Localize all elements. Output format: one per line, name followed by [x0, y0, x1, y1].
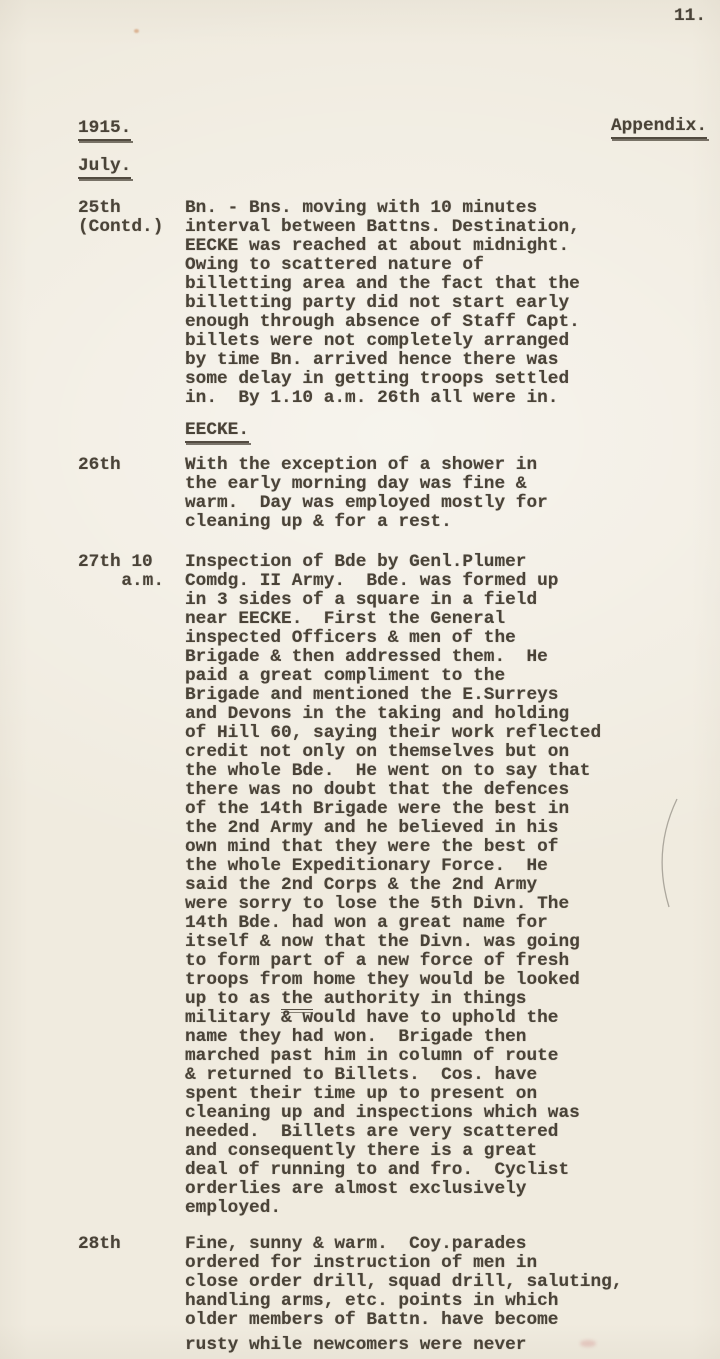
stain-mark: [134, 29, 139, 33]
entry-date-line: 28th: [78, 1235, 185, 1254]
entry-body: Inspection of Bde by Genl.PlumerComdg. I…: [185, 553, 601, 1218]
entry-text-line: needed. Billets are very scattered: [185, 1123, 601, 1142]
entry-body: Bn. - Bns. moving with 10 minutesinterva…: [185, 199, 580, 408]
entry-text-line: billets were not completely arranged: [185, 332, 580, 351]
entry-date: 27th 10a.m.: [78, 553, 185, 1218]
entry-text-line: deal of running to and fro. Cyclist: [185, 1161, 601, 1180]
entry-text-line: billetting area and the fact that the: [185, 275, 580, 294]
entry-text-line: marched past him in column of route: [185, 1047, 601, 1066]
entry-text-line: cleaning up & for a rest.: [185, 513, 548, 532]
entry-text-line: said the 2nd Corps & the 2nd Army: [185, 876, 601, 895]
entry-text-line: Brigade and mentioned the E.Surreys: [185, 686, 601, 705]
entry-text-line: Inspection of Bde by Genl.Plumer: [185, 553, 601, 572]
entry-text-line: & returned to Billets. Cos. have: [185, 1066, 601, 1085]
entry-text-line: the whole Bde. He went on to say that: [185, 762, 601, 781]
entry-text-line: the whole Expeditionary Force. He: [185, 857, 601, 876]
entry-text-line: in. By 1.10 a.m. 26th all were in.: [185, 389, 580, 408]
entry-text-line: inspected Officers & men of the: [185, 629, 601, 648]
entry-text-line: the early morning day was fine &: [185, 475, 548, 494]
entry-text-line: and Devons in the taking and holding: [185, 705, 601, 724]
entry-text-line: spent their time up to present on: [185, 1085, 601, 1104]
year-heading: 1915.: [78, 119, 131, 138]
entry-text-line: credit not only on themselves but on: [185, 743, 601, 762]
entry-text-line: some delay in getting troops settled: [185, 370, 580, 389]
entry-text-line: interval between Battns. Destination,: [185, 218, 580, 237]
diary-entry: 27th 10a.m.Inspection of Bde by Genl.Plu…: [78, 553, 601, 1218]
text-segment: authority in things: [313, 989, 526, 1009]
document-page: 11. 1915. Appendix. July. 25th(Contd.)Bn…: [0, 0, 720, 1359]
entry-date-line: 26th: [78, 456, 185, 475]
underlined-word: the: [281, 990, 313, 1010]
page-number: 11.: [674, 7, 706, 26]
appendix-heading: Appendix.: [611, 117, 707, 136]
stain-mark: [580, 1340, 596, 1347]
entry-date: 28th: [78, 1235, 185, 1355]
entry-text-line: billetting party did not start early: [185, 294, 580, 313]
entry-text-line: older members of Battn. have become: [185, 1311, 623, 1330]
entry-text-line: troops from home they would be looked: [185, 971, 601, 990]
entry-body: With the exception of a shower inthe ear…: [185, 456, 548, 532]
entry-text-line: rusty while newcomers were never: [185, 1336, 623, 1355]
entry-text-line: cleaning up and inspections which was: [185, 1104, 601, 1123]
appendix-heading-text: Appendix.: [611, 117, 707, 139]
month-heading: July.: [78, 157, 131, 176]
place-heading-text: EECKE.: [185, 421, 249, 443]
entry-text-line: own mind that they were the best of: [185, 838, 601, 857]
entry-text-line: 14th Bde. had won a great name for: [185, 914, 601, 933]
entry-text-line: near EECKE. First the General: [185, 610, 601, 629]
entry-text-line: close order drill, squad drill, saluting…: [185, 1273, 623, 1292]
entry-text-line: there was no doubt that the defences: [185, 781, 601, 800]
scan-hair-artifact: [648, 793, 688, 923]
entry-date: 26th: [78, 456, 185, 532]
entry-text-line: warm. Day was employed mostly for: [185, 494, 548, 513]
entry-text-line: ordered for instruction of men in: [185, 1254, 623, 1273]
entry-text-line: Fine, sunny & warm. Coy.parades: [185, 1235, 623, 1254]
entry-text-line: paid a great compliment to the: [185, 667, 601, 686]
entry-date-line: 27th 10: [78, 553, 185, 572]
entry-text-line: Owing to scattered nature of: [185, 256, 580, 275]
entry-text-line: the 2nd Army and he believed in his: [185, 819, 601, 838]
entry-text-line: Brigade & then addressed them. He: [185, 648, 601, 667]
entry-text-line: name they had won. Brigade then: [185, 1028, 601, 1047]
entry-text-line: military & would have to uphold the: [185, 1009, 601, 1028]
entry-text-line: and consequently there is a great: [185, 1142, 601, 1161]
entry-text-line: enough through absence of Staff Capt.: [185, 313, 580, 332]
entry-text-line: to form part of a new force of fresh: [185, 952, 601, 971]
entry-text-line: orderlies are almost exclusively: [185, 1180, 601, 1199]
entry-body: Fine, sunny & warm. Coy.paradesordered f…: [185, 1235, 623, 1355]
entry-text-line: of Hill 60, saying their work reflected: [185, 724, 601, 743]
entry-text-line: With the exception of a shower in: [185, 456, 548, 475]
entry-text-line: itself & now that the Divn. was going: [185, 933, 601, 952]
entry-text-line: up to as the authority in things: [185, 990, 601, 1009]
diary-entry: 28thFine, sunny & warm. Coy.paradesorder…: [78, 1235, 623, 1355]
entry-text-line: employed.: [185, 1199, 601, 1218]
month-heading-text: July.: [78, 157, 131, 179]
place-heading: EECKE.: [185, 421, 249, 443]
entry-text-line: were sorry to lose the 5th Divn. The: [185, 895, 601, 914]
entry-text-line: in 3 sides of a square in a field: [185, 591, 601, 610]
entry-text-line: of the 14th Brigade were the best in: [185, 800, 601, 819]
entry-text-line: EECKE was reached at about midnight.: [185, 237, 580, 256]
entry-text-line: Bn. - Bns. moving with 10 minutes: [185, 199, 580, 218]
year-heading-text: 1915.: [78, 119, 131, 141]
entry-date: 25th(Contd.): [78, 199, 185, 408]
entry-text-line: handling arms, etc. points in which: [185, 1292, 623, 1311]
diary-entry: 25th(Contd.)Bn. - Bns. moving with 10 mi…: [78, 199, 580, 408]
entry-text-line: by time Bn. arrived hence there was: [185, 351, 580, 370]
entry-text-line: Comdg. II Army. Bde. was formed up: [185, 572, 601, 591]
text-segment: up to as: [185, 989, 281, 1009]
diary-entry: 26thWith the exception of a shower inthe…: [78, 456, 548, 532]
entry-date-line: 25th: [78, 199, 185, 218]
entry-date-line: a.m.: [78, 572, 185, 591]
entry-date-line: (Contd.): [78, 218, 185, 237]
